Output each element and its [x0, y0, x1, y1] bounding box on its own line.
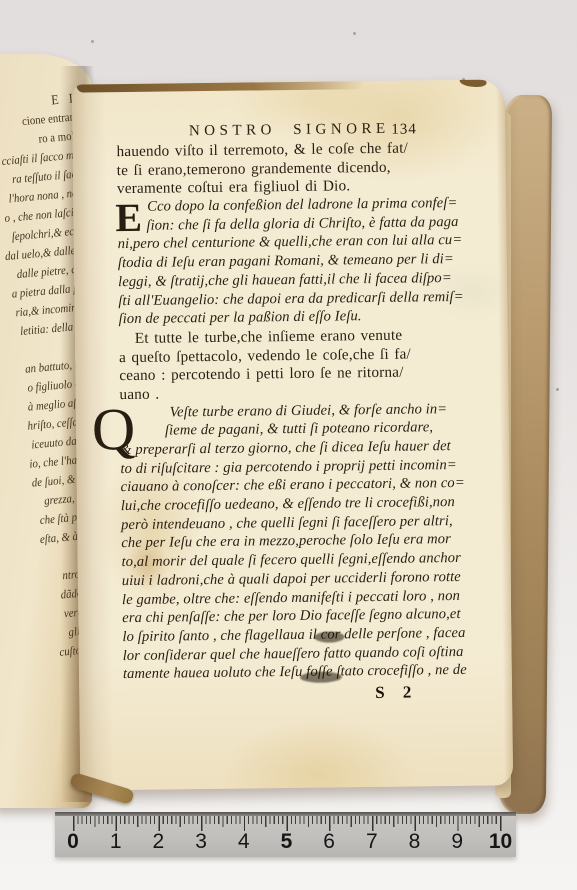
drop-cap-e: E: [115, 200, 142, 236]
ruler-number: 0: [62, 830, 84, 854]
centimeter-ruler: 0 1 2 3 4 5 6 7 8 9 10: [55, 812, 516, 857]
ruler-cm-ticks: [73, 816, 502, 831]
ruler-number: 7: [361, 830, 383, 854]
signature-mark: S 2: [375, 683, 411, 703]
page-number: 134: [391, 121, 417, 138]
paragraph-4-lines: Veſte turbe erano di Giudei, & forſe anc…: [120, 400, 471, 685]
paragraph-4: Q Veſte turbe erano di Giudei, & forſe a…: [120, 400, 471, 685]
dust-speck: [353, 32, 356, 35]
ruler-number: 8: [404, 830, 426, 854]
text-line: tamente hauea uoluto che Ieſu foſſe ſtat…: [123, 662, 471, 685]
right-page: NOSTRO SIGNORE 134 hauendo viſto il terr…: [72, 79, 514, 790]
book-photograph: E Lcione entraro/ro a molti.cciaſti il ſ…: [0, 0, 577, 890]
ruler-number: 6: [318, 830, 340, 854]
ruler-number: 2: [147, 830, 169, 854]
paragraph-2-lines: Cco dopo la confeßion del ladrone la pri…: [117, 195, 467, 330]
ruler-number: 5: [275, 830, 297, 854]
paragraph-2: E Cco dopo la confeßion del ladrone la p…: [117, 195, 467, 330]
ruler-number: 3: [190, 830, 212, 854]
torn-corner-fragment: [459, 79, 487, 88]
paragraph-1: hauendo viſto il terremoto, & le coſe ch…: [116, 139, 465, 199]
ruler-number: 1: [105, 830, 127, 854]
page-body-text: hauendo viſto il terremoto, & le coſe ch…: [116, 139, 471, 685]
stained-top-edge: [77, 79, 365, 92]
dust-speck: [556, 388, 559, 391]
dust-speck: [91, 40, 94, 43]
drop-cap-q: Q: [92, 401, 136, 458]
ruler-numbers: 0 1 2 3 4 5 6 7 8 9 10: [62, 830, 511, 854]
ruler-number: 10: [489, 830, 511, 854]
ruler-number: 9: [446, 830, 468, 854]
ruler-number: 4: [233, 830, 255, 854]
paragraph-3: Et tutte le turbe,che inſieme erano venu…: [119, 326, 468, 405]
